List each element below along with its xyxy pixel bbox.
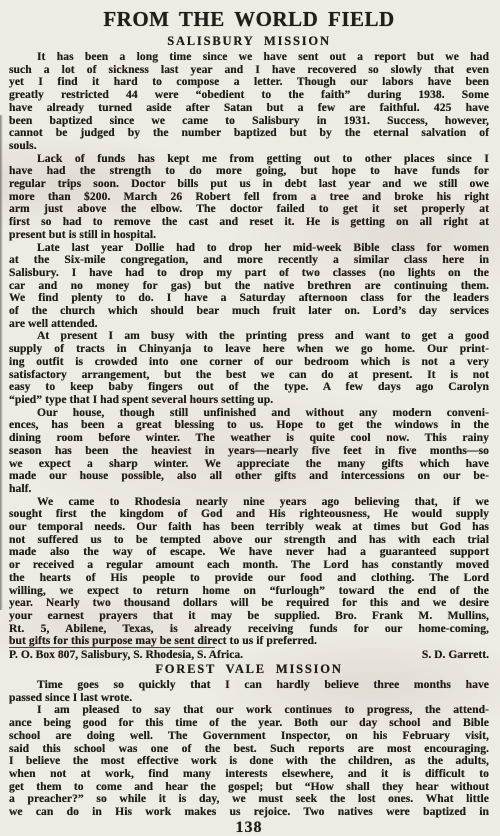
text-line: first so had to remove the cast and rese… xyxy=(9,216,489,229)
text-line: we can do in His work makes us rejoice. … xyxy=(9,806,489,819)
text-line: the hearts of His people to provide our … xyxy=(9,572,489,585)
text-line: made our house possible, also all other … xyxy=(9,470,489,483)
text-line: It has been a long time since we have se… xyxy=(9,51,489,64)
text-line: of the church which should bear much fru… xyxy=(9,305,489,318)
signature-author: S. D. Garrett. xyxy=(422,648,489,661)
paragraph: Lack of funds has kept me from getting o… xyxy=(9,153,489,242)
scanned-magazine-page: FROM THE WORLD FIELD SALISBURY MISSIONIt… xyxy=(0,0,500,836)
text-line: ance being good for this time of the yea… xyxy=(9,717,489,730)
text-line: ing outfit is crowded into one corner of… xyxy=(9,356,489,369)
text-line: cannot be judged by the number baptized … xyxy=(9,127,489,140)
text-line: greatly restricted 44 were “obedient to … xyxy=(9,89,489,102)
paragraph: We came to Rhodesia nearly nine years ag… xyxy=(9,496,489,648)
text-line: season has been the heaviest in years—ne… xyxy=(9,445,489,458)
page-title: FROM THE WORLD FIELD xyxy=(9,8,489,30)
text-line: “pied” type that I had spent several hou… xyxy=(9,394,489,407)
text-line: souls. xyxy=(9,140,489,153)
paragraph: It has been a long time since we have se… xyxy=(9,51,489,153)
text-line: have already turned aside after Satan bu… xyxy=(9,102,489,115)
text-line: Time goes so quickly that I can hardly b… xyxy=(9,679,489,692)
section-0: SALISBURY MISSIONIt has been a long time… xyxy=(9,35,489,661)
article-sections: SALISBURY MISSIONIt has been a long time… xyxy=(9,35,489,819)
text-line: your earnest prayers that it may be supp… xyxy=(9,610,489,623)
signature-line: P. O. Box 807, Salisbury, S. Rhodesia, S… xyxy=(9,648,489,661)
text-line: our temporal needs. Our faith has been t… xyxy=(9,521,489,534)
paragraph: Time goes so quickly that I can hardly b… xyxy=(9,679,489,704)
text-line: but gifts for this purpose may be sent d… xyxy=(9,635,489,648)
signature-address: P. O. Box 807, Salisbury, S. Rhodesia, S… xyxy=(9,648,243,661)
text-line: or received a regular amount each month.… xyxy=(9,559,489,572)
text-line: present but is still in hospital. xyxy=(9,229,489,242)
text-line: half. xyxy=(9,483,489,496)
text-line: when not at work, find many interests el… xyxy=(9,768,489,781)
paragraph: Late last year Dollie had to drop her mi… xyxy=(9,242,489,331)
section-heading: FOREST VALE MISSION xyxy=(9,663,489,676)
paragraph: At present I am busy with the printing p… xyxy=(9,330,489,406)
text-line: Salisbury. I have had to drop my part of… xyxy=(9,267,489,280)
paragraph: Our house, though still unfinished and w… xyxy=(9,407,489,496)
text-line: school are doing well. The Government In… xyxy=(9,730,489,743)
text-line: regular trips soon. Doctor bills put us … xyxy=(9,178,489,191)
paragraph: I am pleased to say that our work contin… xyxy=(9,704,489,818)
section-heading: SALISBURY MISSION xyxy=(9,35,489,48)
section-1: FOREST VALE MISSIONTime goes so quickly … xyxy=(9,663,489,819)
text-line: supply of tracts in Chinyanja to leave h… xyxy=(9,343,489,356)
scan-edge-shadow xyxy=(0,115,3,610)
page-number: 138 xyxy=(9,820,489,836)
text-line: dining room before winter. The weather i… xyxy=(9,432,489,445)
